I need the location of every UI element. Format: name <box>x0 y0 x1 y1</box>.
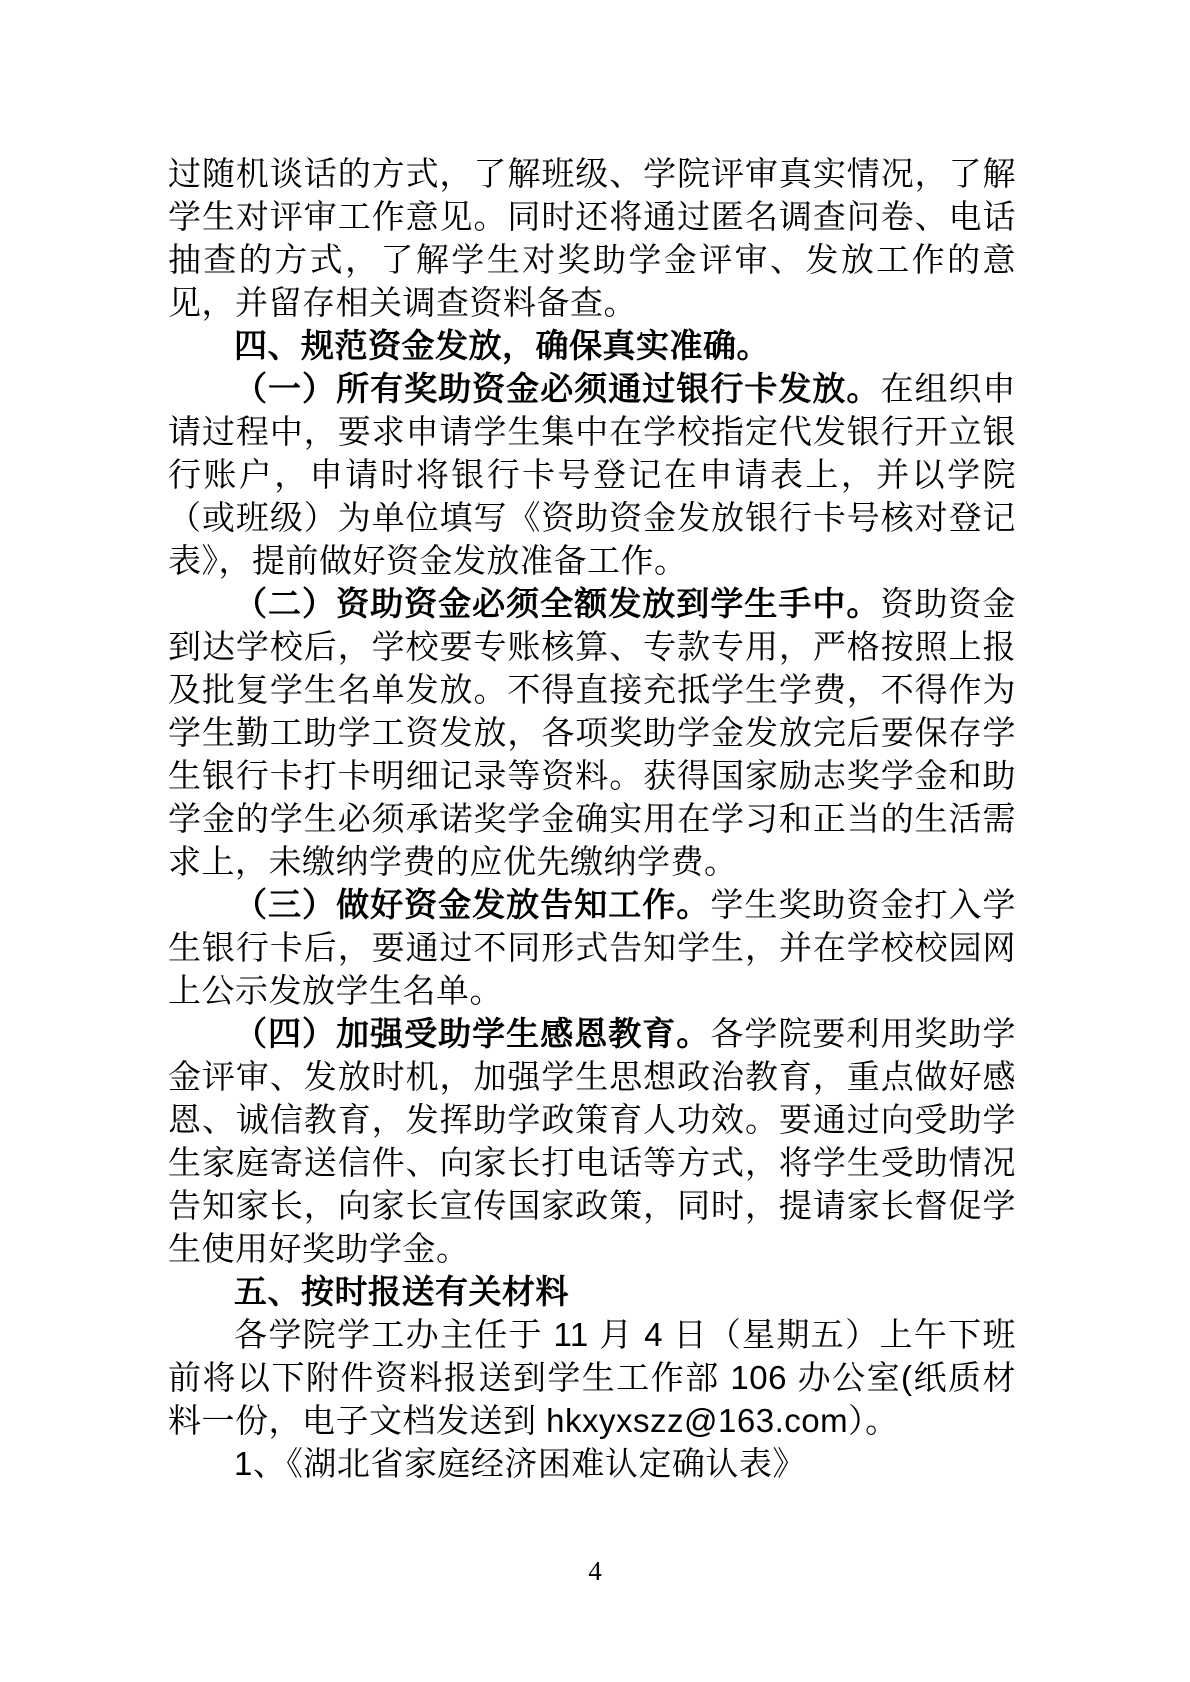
paragraph-section-five-body: 各学院学工办主任于 11 月 4 日（星期五）上午下班前将以下附件资料报送到学生… <box>168 1313 1016 1442</box>
paragraph-item-three: （三）做好资金发放告知工作。学生奖助资金打入学生银行卡后，要通过不同形式告知学生… <box>168 883 1016 1012</box>
item-one-lead: （一）所有奖助资金必须通过银行卡发放。 <box>234 370 880 407</box>
page-number: 4 <box>588 1556 602 1586</box>
item-four-body: 各学院要利用奖助学金评审、发放时机，加强学生思想政治教育，重点做好感恩、诚信教育… <box>168 1015 1016 1267</box>
heading-section-five: 五、按时报送有关材料 <box>168 1270 1016 1313</box>
paragraph-attachment-one: 1、《湖北省家庭经济困难认定确认表》 <box>168 1442 1016 1485</box>
paragraph-item-two: （二）资助资金必须全额发放到学生手中。资助资金到达学校后，学校要专账核算、专款专… <box>168 582 1016 883</box>
paragraph-intro-continuation: 过随机谈话的方式，了解班级、学院评审真实情况，了解学生对评审工作意见。同时还将通… <box>168 152 1016 324</box>
paragraph-item-four: （四）加强受助学生感恩教育。各学院要利用奖助学金评审、发放时机，加强学生思想政治… <box>168 1012 1016 1270</box>
item-three-lead: （三）做好资金发放告知工作。 <box>234 886 710 923</box>
heading-section-four: 四、规范资金发放，确保真实准确。 <box>168 324 1016 367</box>
item-two-body: 资助资金到达学校后，学校要专账核算、专款专用，严格按照上报及批复学生名单发放。不… <box>168 585 1016 880</box>
item-two-lead: （二）资助资金必须全额发放到学生手中。 <box>234 585 880 622</box>
document-body: 过随机谈话的方式，了解班级、学院评审真实情况，了解学生对评审工作意见。同时还将通… <box>168 152 1016 1485</box>
item-four-lead: （四）加强受助学生感恩教育。 <box>234 1015 710 1052</box>
document-page: 过随机谈话的方式，了解班级、学院评审真实情况，了解学生对评审工作意见。同时还将通… <box>0 0 1190 1682</box>
paragraph-item-one: （一）所有奖助资金必须通过银行卡发放。在组织申请过程中，要求申请学生集中在学校指… <box>168 367 1016 582</box>
page-footer: 4 <box>0 1556 1190 1587</box>
